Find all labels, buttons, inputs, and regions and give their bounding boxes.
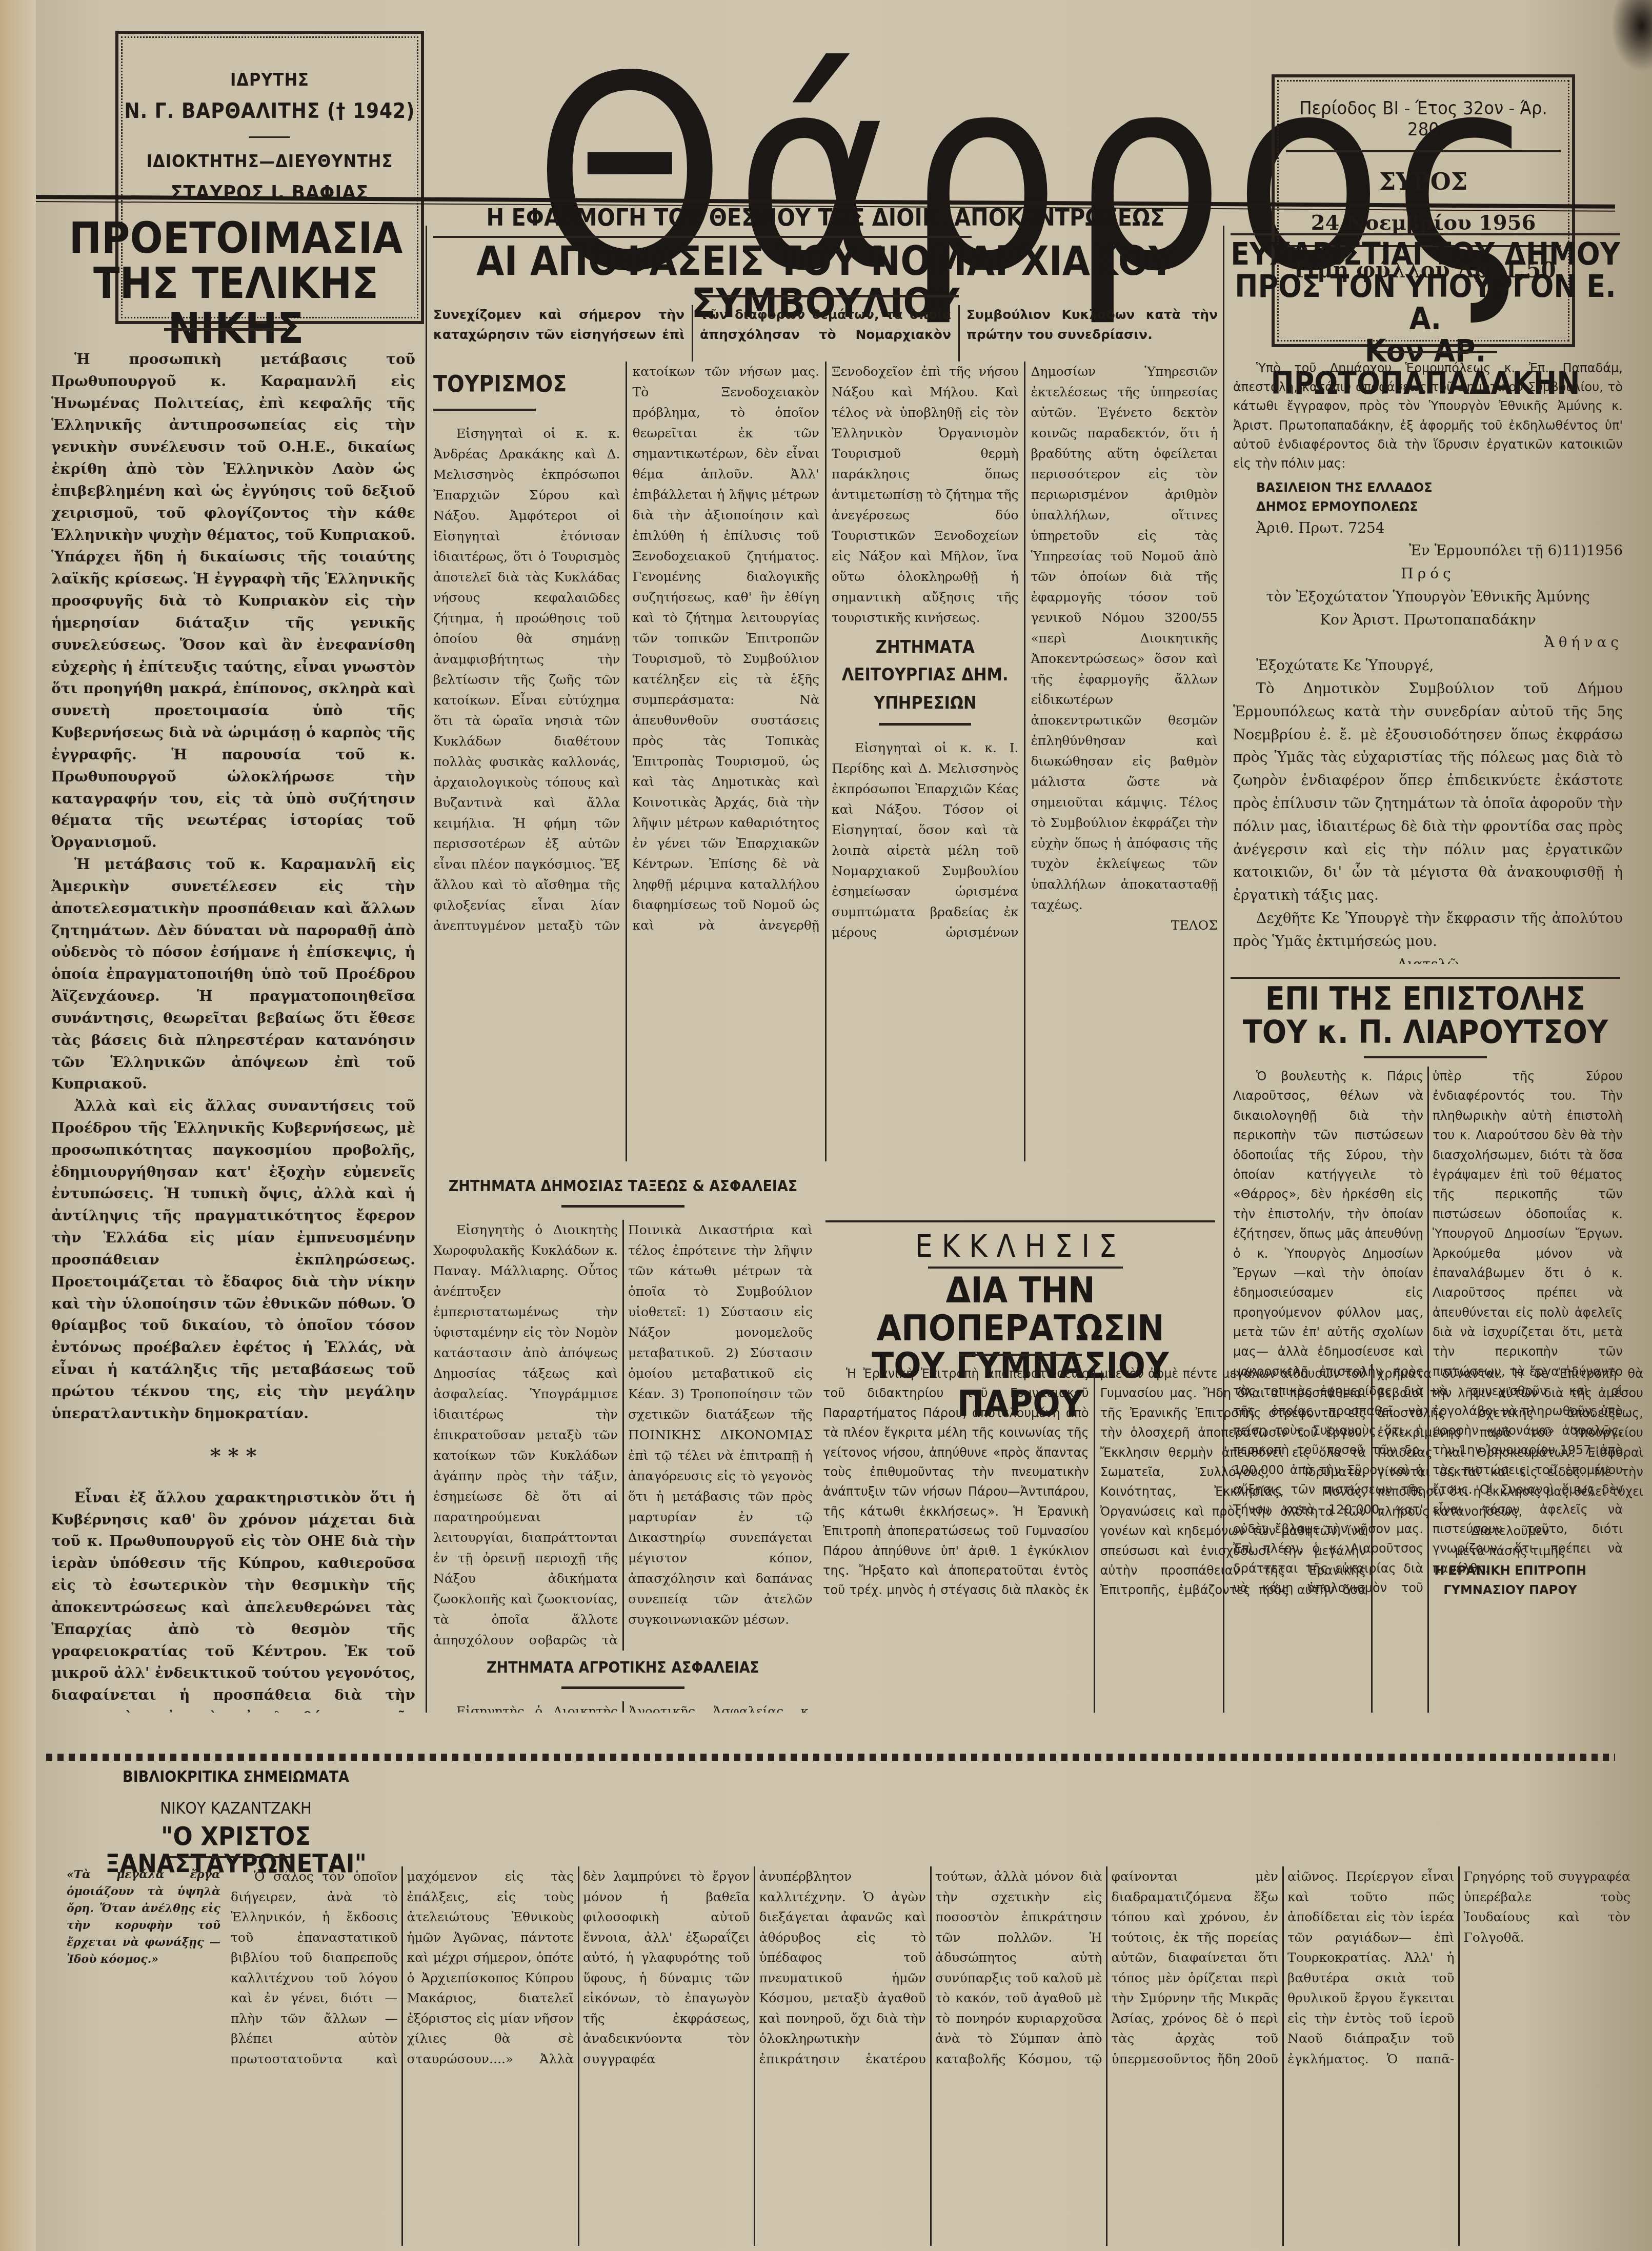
section-stars: * * * bbox=[51, 1440, 415, 1472]
divider bbox=[1286, 150, 1561, 152]
recipient-city: Ἀθήνας bbox=[1233, 631, 1623, 654]
headline-underline bbox=[959, 1354, 1082, 1356]
right-headline-line-2: ΠΡΟΣ ΤΟΝ ΥΠΟΥΡΓΟΝ Ε. Α. bbox=[1231, 271, 1620, 335]
section-title-tourism: ΤΟΥΡΙΣΜΟΣ bbox=[433, 367, 620, 403]
section-title-public-order: ΖΗΤΗΜΑΤΑ ΔΗΜΟΣΙΑΣ ΤΑΞΕΩΣ & ΑΣΦΑΛΕΙΑΣ bbox=[433, 1174, 813, 1199]
ekklisis-kicker: ΕΚΚΛΗΣΙΣ bbox=[820, 1231, 1220, 1263]
left-headline-line-2: ΤΗΣ ΤΕΛΙΚΗΣ ΝΙΚΗΣ bbox=[51, 260, 420, 351]
founder-label: ΙΔΡΥΤΗΣ bbox=[118, 70, 421, 90]
epigraph-text: «Τὰ μεγάλα ἔργα ὁμοιάζουν τὰ ὑψηλὰ ὄρη. … bbox=[67, 1866, 220, 1968]
intro-text: Συνεχίζομεν καὶ σήμερον τὴν καταχώρησιν … bbox=[433, 305, 1218, 345]
center-kicker: Η ΕΦΑΡΜΟΓΗ ΤΟΥ ΘΕΣΜΟΥ ΤΗΣ ΔΙΟΙΚ. ΑΠΟΚΕΝΤ… bbox=[433, 205, 1218, 230]
letter-body-2: Δεχθῆτε Κε Ὑπουργὲ τὴν ἔκφρασιν τῆς ἀπολ… bbox=[1233, 907, 1623, 953]
issue-city: ΣΥΡΟΣ bbox=[1275, 168, 1572, 195]
section-rule bbox=[1231, 977, 1620, 979]
headline-underline bbox=[169, 1856, 292, 1858]
salutation: Ἐξοχώτατε Κε Ὑπουργέ, bbox=[1233, 654, 1623, 677]
paragraph: Ἡ μετάβασις τοῦ κ. Καραμανλῆ εἰς Ἀμερικὴ… bbox=[51, 854, 415, 1095]
headline-underline bbox=[1364, 1056, 1487, 1058]
review-text: Ὁ σάλος τὸν ὁποῖον διήγειρεν, ἀνὰ τὸ Ἑλλ… bbox=[231, 1866, 1630, 2069]
letter-body: Τὸ Δημοτικὸν Συμβούλιον τοῦ Δήμου Ἑρμουπ… bbox=[1233, 677, 1623, 907]
kicker-underline bbox=[433, 236, 972, 238]
divider bbox=[249, 136, 290, 138]
paragraph: Εἶναι ἐξ ἄλλου χαρακτηριστικὸν ὅτι ἡ Κυβ… bbox=[51, 1487, 415, 1713]
letter-date: Ἐν Ἑρμουπόλει τῇ 6)11)1956 bbox=[1233, 539, 1623, 562]
section-rule bbox=[825, 1220, 1215, 1222]
kicker-underline bbox=[928, 1267, 1123, 1269]
letterhead-kingdom: ΒΑΣΙΛΕΙΟΝ ΤΗΣ ΕΛΛΑΔΟΣ bbox=[1233, 478, 1623, 497]
left-headline-line-1: ΠΡΟΕΤΟΙΜΑΣΙΑ bbox=[51, 215, 420, 260]
newspaper-page: ΙΔΡΥΤΗΣ Ν. Γ. ΒΑΡΘΑΛΙΤΗΣ († 1942) ΙΔΙΟΚΤ… bbox=[0, 0, 1652, 2251]
headline-underline bbox=[1374, 351, 1497, 353]
letter-intro: Ὑπὸ τοῦ Δημάρχου Ἑρμουπόλεως κ. Ἐπ. Παπα… bbox=[1233, 359, 1623, 473]
center-sections-bottom: ΖΗΤΗΜΑΤΑ ΔΗΜΟΣΙΑΣ ΤΑΞΕΩΣ & ΑΣΦΑΛΕΙΑΣ Εἰσ… bbox=[433, 1169, 813, 1713]
section-underline bbox=[433, 409, 536, 411]
section-underline bbox=[561, 1205, 684, 1208]
section-text-public-order: Εἰσηγητὴς ὁ Διοικητὴς Χωροφυλακῆς Κυκλάδ… bbox=[433, 1220, 813, 1651]
owner-label: ΙΔΙΟΚΤΗΤΗΣ—ΔΙΕΥΘΥΝΤΗΣ bbox=[118, 151, 421, 172]
review-author: ΝΙΚΟΥ ΚΑΖΑΝΤΖΑΚΗ bbox=[51, 1800, 420, 1817]
review-epigraph: «Τὰ μεγάλα ἔργα ὁμοιάζουν τὰ ὑψηλὰ ὄρη. … bbox=[67, 1866, 220, 2000]
issue-number: Περίοδος ΒΙ - Έτος 32ον - Άρ. 280 bbox=[1275, 98, 1572, 140]
headline-underline bbox=[164, 328, 287, 331]
column-divider bbox=[426, 226, 427, 1713]
founder-name: Ν. Γ. ΒΑΡΘΑΛΙΤΗΣ († 1942) bbox=[118, 99, 421, 123]
review-body: Ὁ σάλος τὸν ὁποῖον διήγειρεν, ἀνὰ τὸ Ἑλλ… bbox=[231, 1866, 1630, 2246]
recipient-title: τὸν Ἐξοχώτατον Ὑπουργὸν Ἐθνικῆς Ἀμύνης bbox=[1233, 586, 1623, 609]
section-text-agrarian: Εἰσηγητὴς ὁ Διοικητὴς Ἀγροτικῆς Ἀσφαλεία… bbox=[433, 1701, 813, 1713]
left-article-body: Ἡ προσωπικὴ μετάβασις τοῦ Πρωθυπουργοῦ κ… bbox=[51, 349, 415, 1713]
section-title-public-services: ΖΗΤΗΜΑΤΑ ΛΕΙΤΟΥΡΓΙΑΣ ΔΗΜ. ΥΠΗΡΕΣΙΩΝ bbox=[832, 633, 1019, 717]
center-intro: Συνεχίζομεν καὶ σήμερον τὴν καταχώρησιν … bbox=[433, 305, 1218, 361]
paragraph: Ἡ προσωπικὴ μετάβασις τοῦ Πρωθυπουργοῦ κ… bbox=[51, 349, 415, 854]
liaroutsos-text: Ὁ βουλευτὴς κ. Πάρις Λιαροῦτσος, θέλων ν… bbox=[1233, 1067, 1623, 1598]
center-sections-top: ΤΟΥΡΙΣΜΟΣ Εἰσηγηταὶ οἱ κ. κ. Ἀνδρέας Δρα… bbox=[433, 361, 1218, 1161]
issue-date: 24 Νοεμβρίου 1956 bbox=[1275, 211, 1572, 235]
liaroutsos-headline-line-2: ΤΟΥ κ. Π. ΛΙΑΡΟΥΤΣΟΥ bbox=[1231, 1015, 1620, 1049]
closing-1: Διατελῶ bbox=[1233, 953, 1623, 964]
page-fold-shadow bbox=[0, 0, 36, 2251]
section-rule bbox=[1231, 233, 1620, 235]
section-underline bbox=[879, 723, 971, 726]
section-dotted-rule bbox=[46, 1754, 1615, 1761]
letterhead-municipality: ΔΗΜΟΣ ΕΡΜΟΥΠΟΛΕΩΣ bbox=[1233, 497, 1623, 516]
liaroutsos-body: Ὁ βουλευτὴς κ. Πάρις Λιαροῦτσος, θέλων ν… bbox=[1233, 1067, 1623, 1713]
protocol-number: Ἀριθ. Πρωτ. 7254 bbox=[1233, 517, 1623, 540]
recipient-name: Κον Ἀριστ. Πρωτοπαπαδάκην bbox=[1233, 609, 1623, 632]
liaroutsos-headline: ΕΠΙ ΤΗΣ ΕΠΙΣΤΟΛΗΣ ΤΟΥ κ. Π. ΛΙΑΡΟΥΤΣΟΥ bbox=[1231, 982, 1620, 1049]
section-title-agrarian: ΖΗΤΗΜΑΤΑ ΑΓΡΟΤΙΚΗΣ ΑΣΦΑΛΕΙΑΣ bbox=[433, 1656, 813, 1680]
headline-underline bbox=[702, 295, 959, 297]
liaroutsos-headline-line-1: ΕΠΙ ΤΗΣ ΕΠΙΣΤΟΛΗΣ bbox=[1231, 982, 1620, 1015]
paragraph: Ἀλλὰ καὶ εἰς ἄλλας συναντήσεις τοῦ Προέδ… bbox=[51, 1095, 415, 1424]
ekklisis-headline-line-1: ΔΙΑ ΤΗΝ ΑΠΟΠΕΡΑΤΩΣΙΝ bbox=[820, 1272, 1220, 1347]
end-mark: ΤΕΛΟΣ bbox=[1031, 915, 1218, 936]
review-kicker: ΒΙΒΛΙΟΚΡΙΤΙΚΑ ΣΗΜΕΙΩΜΑΤΑ bbox=[51, 1769, 420, 1785]
to-label: Πρός bbox=[1233, 562, 1623, 586]
section-underline bbox=[561, 1686, 684, 1689]
corner-shadow bbox=[1611, 0, 1652, 72]
right-headline-line-1: ΕΥΧΑΡΙΣΤΙΑΙ ΤΟΥ ΔΗΜΟΥ bbox=[1231, 238, 1620, 271]
right-article-body: Ὑπὸ τοῦ Δημάρχου Ἑρμουπόλεως κ. Ἐπ. Παπα… bbox=[1233, 359, 1623, 964]
